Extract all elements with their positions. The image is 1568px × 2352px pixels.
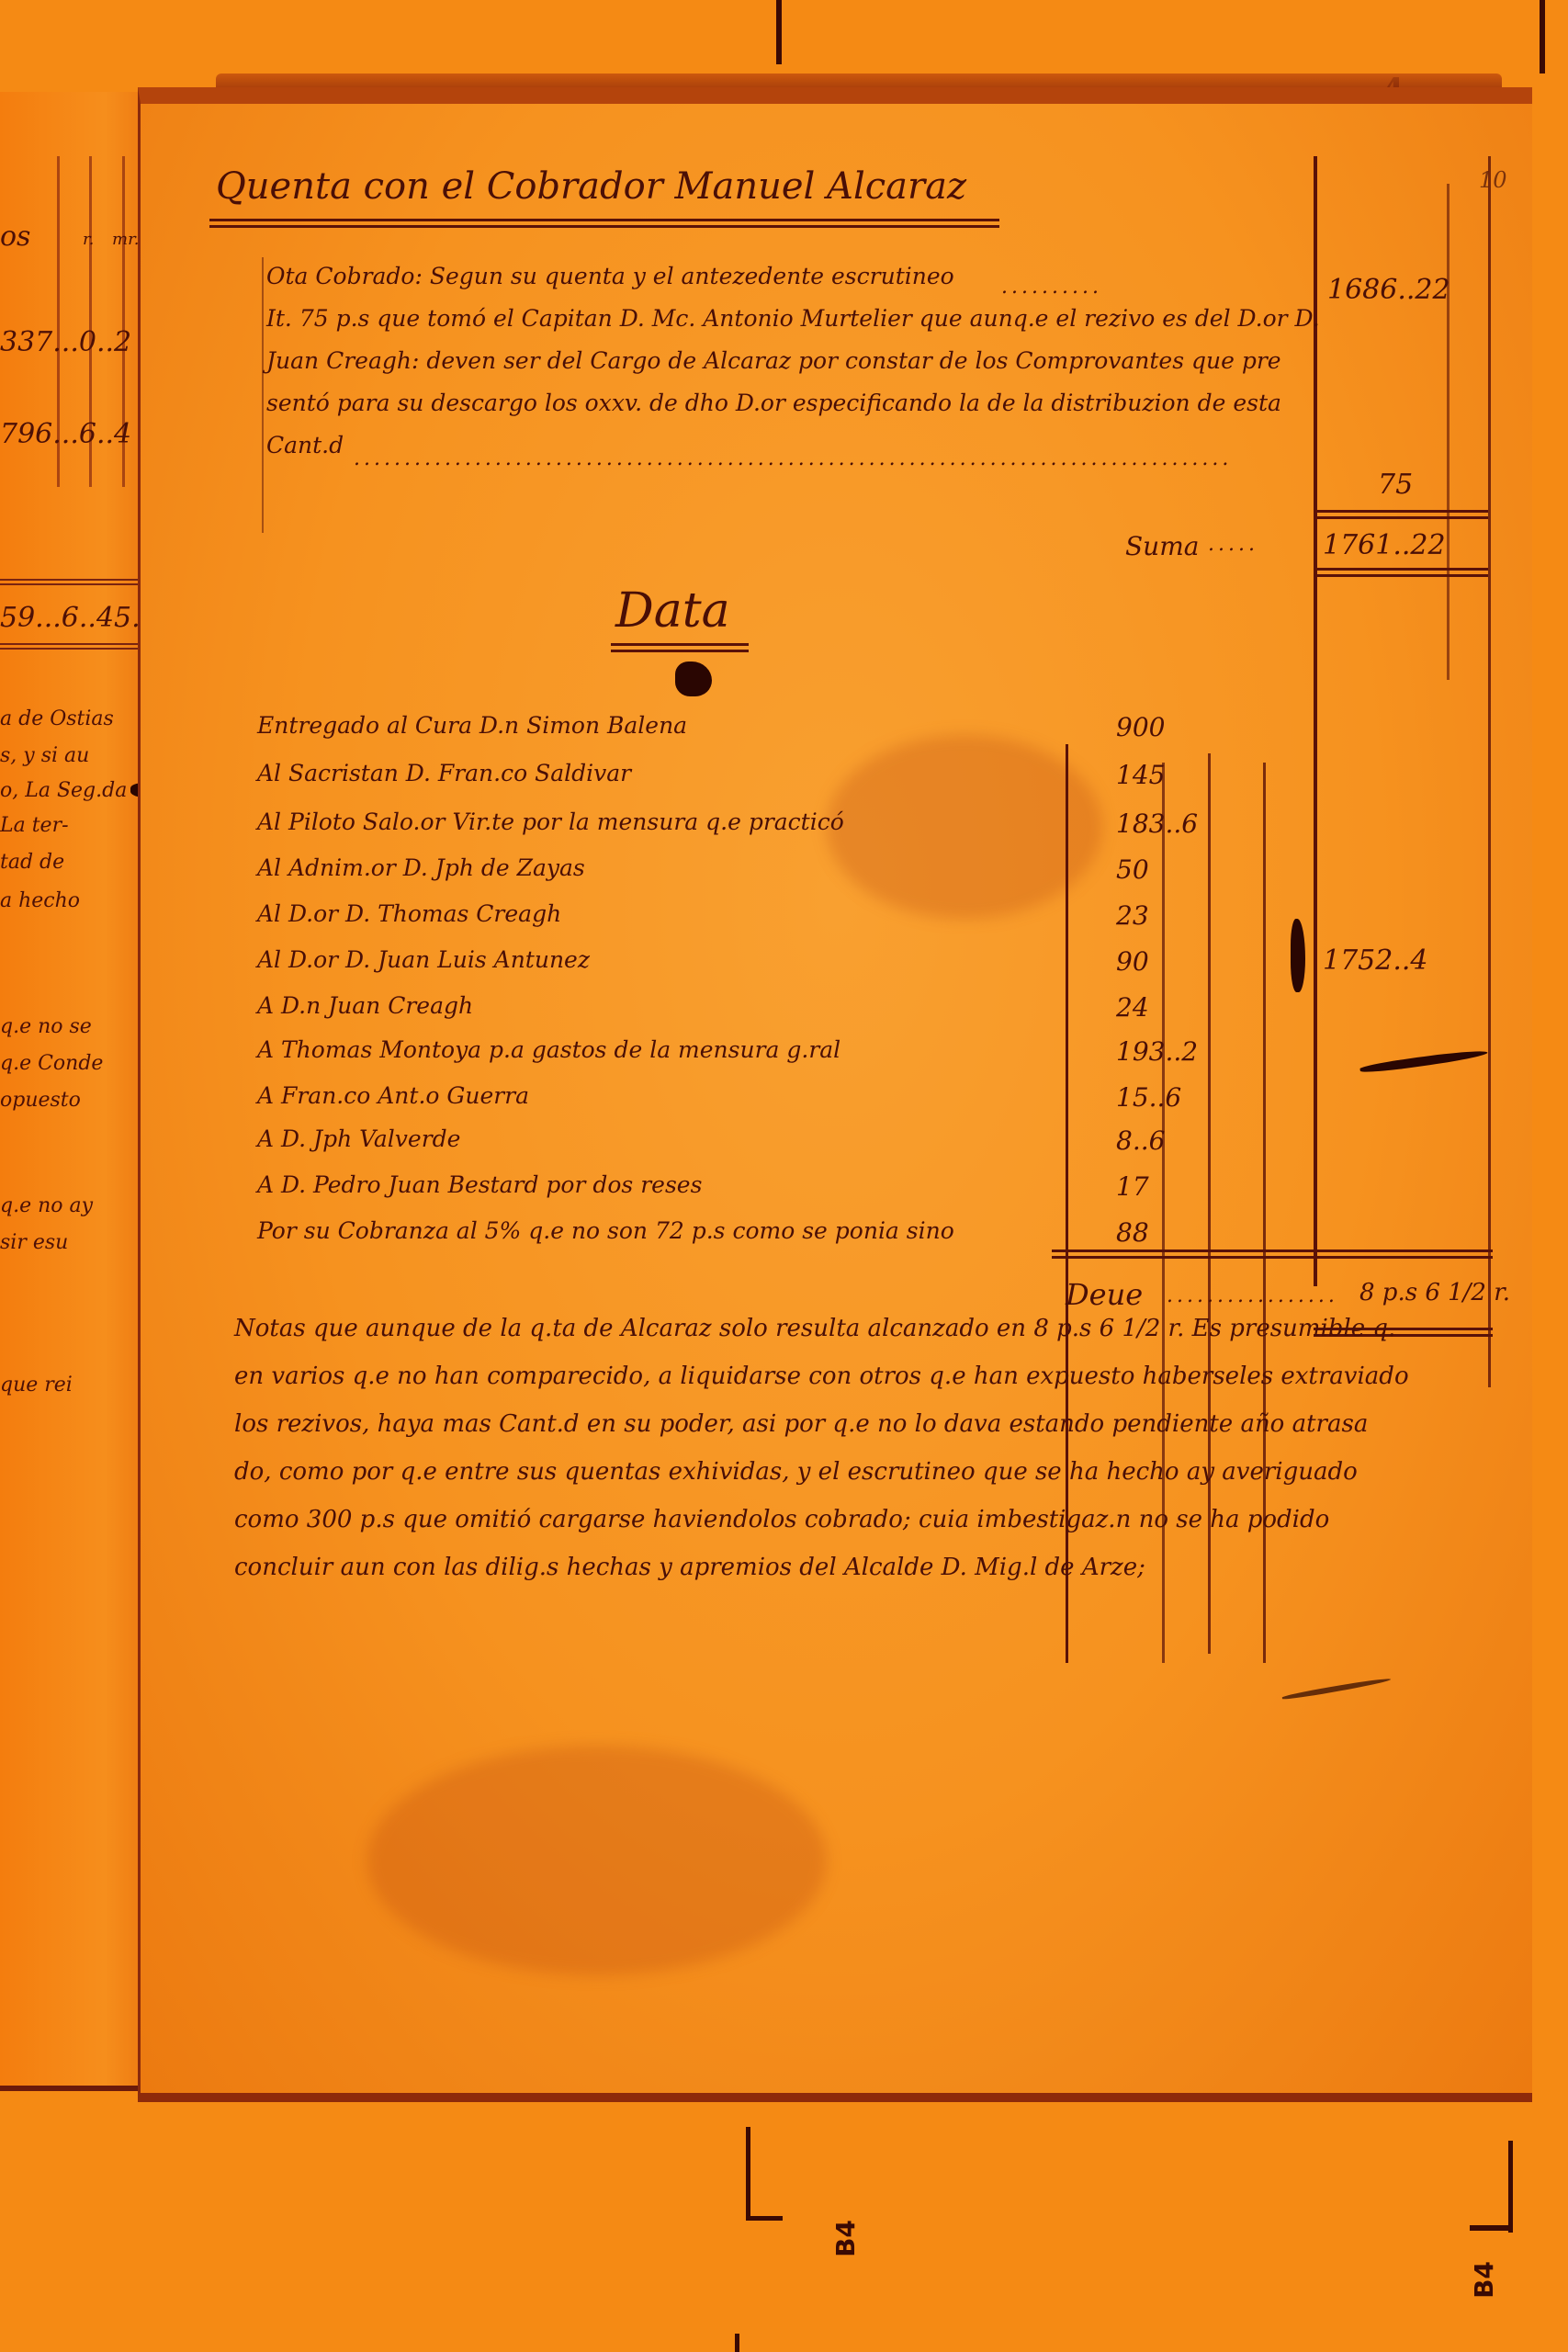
amount-column-rule <box>1447 184 1450 680</box>
crop-mark-top <box>776 0 782 64</box>
notas-line: como 300 p.s que omitió cargarse haviend… <box>234 1496 1409 1543</box>
data-entry-value: 23 <box>1116 900 1149 931</box>
left-fragment: La ter- <box>0 814 69 837</box>
notas-line: los rezivos, haya mas Cant.d en su poder… <box>234 1400 1409 1448</box>
left-fragment: q.e no se <box>0 1015 92 1038</box>
notas-paragraph: Notas que aunque de la q.ta de Alcaraz s… <box>234 1305 1409 1591</box>
left-header: os <box>0 220 30 253</box>
data-entry-text: A D. Jph Valverde <box>257 1125 460 1152</box>
data-entry-value: 900 <box>1116 712 1165 742</box>
data-entry-value: 15..6 <box>1116 1082 1181 1113</box>
crop-mark-bottom-left <box>746 2216 783 2221</box>
data-entry-text: Al Sacristan D. Fran.co Saldivar <box>257 760 631 786</box>
left-col-header-mr: mr. <box>112 230 139 249</box>
left-fragment: s, y si au <box>0 744 89 767</box>
notas-line: concluir aun con las dilig.s hechas y ap… <box>234 1543 1409 1591</box>
data-entry-text: Al Adnim.or D. Jph de Zayas <box>257 854 585 881</box>
left-fragment: q.e Conde <box>0 1052 103 1075</box>
title-underline <box>209 219 999 228</box>
data-total: 1752..4 <box>1323 944 1428 977</box>
deue-value: 8 p.s 6 1/2 r. <box>1359 1279 1510 1306</box>
left-fragment: a hecho <box>0 889 80 912</box>
suma-rule <box>1314 568 1488 577</box>
notas-line: do, como por q.e entre sus quentas exhiv… <box>234 1448 1409 1496</box>
corner-number: 10 <box>1479 167 1507 193</box>
data-entry-value: 88 <box>1116 1217 1149 1248</box>
data-entry-text: A D. Pedro Juan Bestard por dos reses <box>257 1171 702 1198</box>
cargo-paragraph: Ota Cobrado: Segun su quenta y el anteze… <box>266 255 1304 467</box>
data-heading-underline <box>611 643 749 652</box>
notas-line: en varios q.e no han comparecido, a liqu… <box>234 1352 1409 1400</box>
page-left-rule <box>262 257 264 533</box>
data-entry-value: 17 <box>1116 1171 1149 1202</box>
left-fragment: o, La Seg.da <box>0 779 127 802</box>
crop-mark-bottom-left <box>746 2127 750 2219</box>
left-fragment: a de Ostias <box>0 707 114 730</box>
cargo-line: Juan Creagh: deven ser del Cargo de Alca… <box>266 340 1304 382</box>
cargo-amount: 1686..22 <box>1327 274 1450 306</box>
cargo-amount: 75 <box>1378 469 1413 501</box>
data-entry-value: 24 <box>1116 992 1149 1023</box>
data-entry-text: Entregado al Cura D.n Simon Balena <box>257 712 687 739</box>
scan-label: B4 <box>830 2220 861 2257</box>
page-title: Quenta con el Cobrador Manuel Alcaraz <box>216 165 966 208</box>
crop-mark-bottom-right <box>1470 2225 1512 2231</box>
cargo-line: It. 75 p.s que tomó el Capitan D. Mc. An… <box>266 298 1304 340</box>
left-col-header-r: r. <box>83 230 94 249</box>
suma-label: Suma <box>1125 531 1199 561</box>
data-entry-value: 90 <box>1116 946 1149 977</box>
deue-rule <box>1052 1249 1493 1259</box>
crop-mark-top-right <box>1540 0 1545 73</box>
data-entry-value: 8..6 <box>1116 1125 1165 1156</box>
left-amount: 796...6..4 <box>0 418 131 450</box>
data-entry-text: Por su Cobranza al 5% q.e no son 72 p.s … <box>257 1217 954 1244</box>
data-entry-value: 145 <box>1116 760 1165 790</box>
ink-blot <box>675 661 712 696</box>
left-fragment: q.e no ay <box>0 1194 93 1217</box>
cargo-line: Ota Cobrado: Segun su quenta y el anteze… <box>266 255 1304 298</box>
left-fragment: que rei <box>0 1374 73 1396</box>
left-total: 59...6..45.. <box>0 602 149 634</box>
cargo-line: sentó para su descargo los oxxv. de dho … <box>266 382 1304 424</box>
left-fragment: opuesto <box>0 1089 81 1112</box>
amount-column-rule <box>1488 156 1491 1387</box>
data-entry-text: A Thomas Montoya p.a gastos de la mensur… <box>257 1036 840 1063</box>
crop-mark-bottom <box>735 2334 739 2352</box>
data-entry-text: A D.n Juan Creagh <box>257 992 473 1019</box>
data-heading: Data <box>615 583 730 639</box>
left-fragment: sir esu <box>0 1231 68 1254</box>
left-fragment: tad de <box>0 851 64 874</box>
suma-value: 1761..22 <box>1323 529 1446 561</box>
suma-rule <box>1314 510 1488 519</box>
data-entry-text: Al D.or D. Juan Luis Antunez <box>257 946 590 973</box>
scan-label: B4 <box>1469 2261 1499 2299</box>
notas-line: Notas que aunque de la q.ta de Alcaraz s… <box>234 1305 1409 1352</box>
crop-mark-bottom-right <box>1508 2141 1513 2233</box>
data-entry-value: 50 <box>1116 854 1149 885</box>
data-entry-text: Al D.or D. Thomas Creagh <box>257 900 561 927</box>
data-entry-text: Al Piloto Salo.or Vir.te por la mensura … <box>257 808 844 835</box>
left-amount: 337...0..2 <box>0 326 131 358</box>
data-entry-text: A Fran.co Ant.o Guerra <box>257 1082 529 1109</box>
data-entry-value: 193..2 <box>1116 1036 1198 1067</box>
data-entry-value: 183..6 <box>1116 808 1198 839</box>
